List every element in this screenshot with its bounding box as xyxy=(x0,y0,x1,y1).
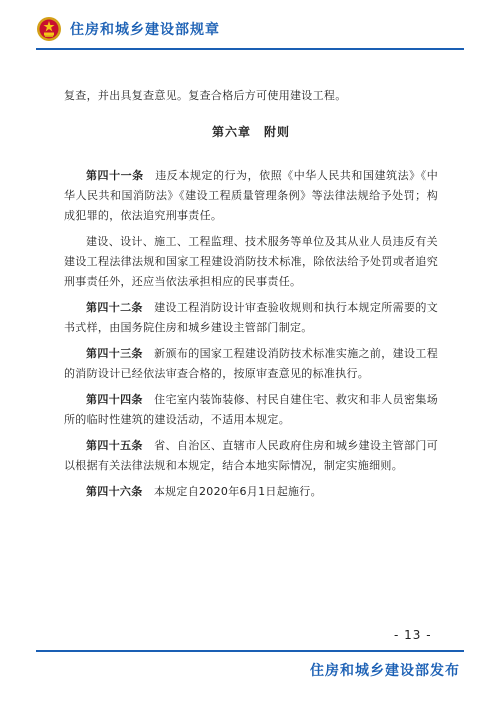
article-44: 第四十四条 住宅室内装饰装修、村民自建住宅、救灾和非人员密集场所的临时性建筑的建… xyxy=(64,390,438,430)
document-body: 复查，并出具复查意见。复查合格后方可使用建设工程。 第六章 附则 第四十一条 违… xyxy=(64,86,438,502)
article-42: 第四十二条 建设工程消防设计审查验收规则和执行本规定所需要的文书式样，由国务院住… xyxy=(64,298,438,338)
article-text: 建设、设计、施工、工程监理、技术服务等单位及其从业人员违反有关建设工程法律法规和… xyxy=(64,235,438,288)
continuation-paragraph: 复查，并出具复查意见。复查合格后方可使用建设工程。 xyxy=(64,86,438,106)
article-number: 第四十一条 xyxy=(86,169,144,182)
chapter-title: 第六章 附则 xyxy=(64,122,438,142)
footer-publisher: 住房和城乡建设部发布 xyxy=(310,660,460,680)
header-divider xyxy=(36,48,464,50)
article-41: 第四十一条 违反本规定的行为，依照《中华人民共和国建筑法》《中华人民共和国消防法… xyxy=(64,166,438,226)
article-number: 第四十三条 xyxy=(86,347,143,360)
footer-divider xyxy=(36,650,464,652)
page-number: - 13 - xyxy=(394,628,432,642)
article-number: 第四十六条 xyxy=(86,485,143,498)
article-41-paragraph-2: 建设、设计、施工、工程监理、技术服务等单位及其从业人员违反有关建设工程法律法规和… xyxy=(64,232,438,292)
article-46: 第四十六条 本规定自2020年6月1日起施行。 xyxy=(64,482,438,502)
page-header: 住房和城乡建设部规章 xyxy=(0,0,500,50)
article-43: 第四十三条 新颁布的国家工程建设消防技术标准实施之前，建设工程的消防设计已经依法… xyxy=(64,344,438,384)
article-text: 本规定自2020年6月1日起施行。 xyxy=(154,485,322,498)
article-45: 第四十五条 省、自治区、直辖市人民政府住房和城乡建设主管部门可以根据有关法律法规… xyxy=(64,436,438,476)
article-number: 第四十四条 xyxy=(86,393,143,406)
national-emblem-icon xyxy=(36,16,62,42)
header-title: 住房和城乡建设部规章 xyxy=(70,19,220,39)
article-number: 第四十二条 xyxy=(86,301,143,314)
article-number: 第四十五条 xyxy=(86,439,143,452)
